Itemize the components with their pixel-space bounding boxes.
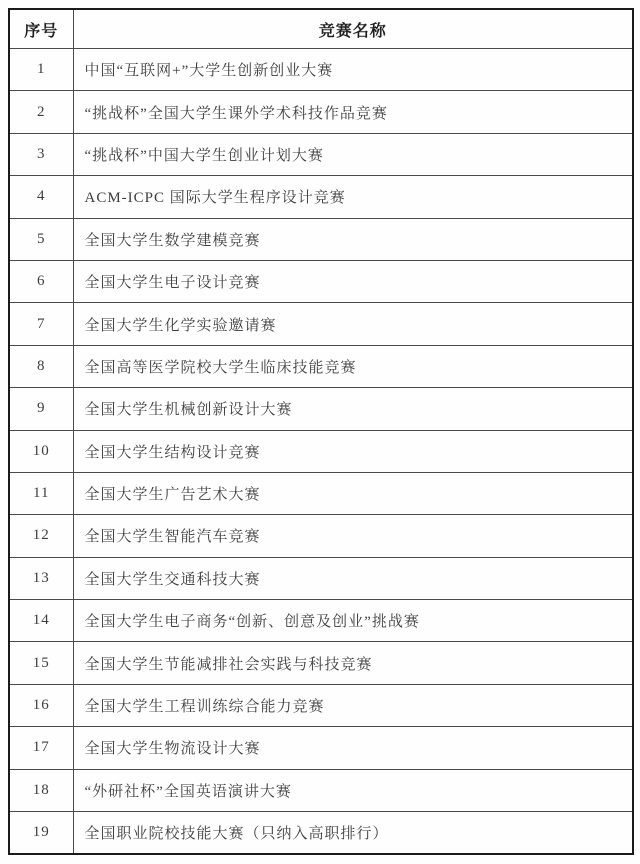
row-index: 9 xyxy=(9,388,73,430)
competition-name: “外研社杯”全国英语演讲大赛 xyxy=(73,769,633,811)
competition-name: 全国大学生广告艺术大赛 xyxy=(73,472,633,514)
table-row: 16 全国大学生工程训练综合能力竞赛 xyxy=(9,684,633,726)
row-index: 8 xyxy=(9,345,73,387)
table-row: 4 ACM-ICPC 国际大学生程序设计竞赛 xyxy=(9,176,633,218)
competition-name: 全国职业院校技能大赛（只纳入高职排行） xyxy=(73,812,633,855)
row-index: 6 xyxy=(9,260,73,302)
competition-name: “挑战杯”中国大学生创业计划大赛 xyxy=(73,133,633,175)
table-row: 19 全国职业院校技能大赛（只纳入高职排行） xyxy=(9,812,633,855)
row-index: 16 xyxy=(9,684,73,726)
competition-name: 全国大学生结构设计竞赛 xyxy=(73,430,633,472)
table-row: 13 全国大学生交通科技大赛 xyxy=(9,557,633,599)
row-index: 14 xyxy=(9,600,73,642)
competition-name: 全国大学生交通科技大赛 xyxy=(73,557,633,599)
row-index: 12 xyxy=(9,515,73,557)
competition-name: 全国高等医学院校大学生临床技能竞赛 xyxy=(73,345,633,387)
table-row: 5 全国大学生数学建模竞赛 xyxy=(9,218,633,260)
header-cell-name: 竞赛名称 xyxy=(73,9,633,49)
row-index: 5 xyxy=(9,218,73,260)
row-index: 11 xyxy=(9,472,73,514)
row-index: 10 xyxy=(9,430,73,472)
table-row: 8 全国高等医学院校大学生临床技能竞赛 xyxy=(9,345,633,387)
competition-name: ACM-ICPC 国际大学生程序设计竞赛 xyxy=(73,176,633,218)
competition-name: 全国大学生电子设计竞赛 xyxy=(73,260,633,302)
row-index: 19 xyxy=(9,812,73,855)
competition-name: 全国大学生机械创新设计大赛 xyxy=(73,388,633,430)
table-row: 10 全国大学生结构设计竞赛 xyxy=(9,430,633,472)
competition-name: “挑战杯”全国大学生课外学术科技作品竞赛 xyxy=(73,91,633,133)
header-cell-index: 序号 xyxy=(9,9,73,49)
document-page: 序号 竞赛名称 1 中国“互联网+”大学生创新创业大赛 2 “挑战杯”全国大学生… xyxy=(0,0,640,864)
table-row: 6 全国大学生电子设计竞赛 xyxy=(9,260,633,302)
competition-name: 全国大学生化学实验邀请赛 xyxy=(73,303,633,345)
row-index: 17 xyxy=(9,727,73,769)
table-row: 17 全国大学生物流设计大赛 xyxy=(9,727,633,769)
row-index: 3 xyxy=(9,133,73,175)
header-row: 序号 竞赛名称 xyxy=(9,9,633,49)
row-index: 18 xyxy=(9,769,73,811)
competition-name: 全国大学生物流设计大赛 xyxy=(73,727,633,769)
competition-name: 全国大学生工程训练综合能力竞赛 xyxy=(73,684,633,726)
row-index: 13 xyxy=(9,557,73,599)
row-index: 7 xyxy=(9,303,73,345)
table-row: 12 全国大学生智能汽车竞赛 xyxy=(9,515,633,557)
table-row: 1 中国“互联网+”大学生创新创业大赛 xyxy=(9,49,633,91)
table-row: 15 全国大学生节能减排社会实践与科技竞赛 xyxy=(9,642,633,684)
row-index: 4 xyxy=(9,176,73,218)
table-row: 14 全国大学生电子商务“创新、创意及创业”挑战赛 xyxy=(9,600,633,642)
competition-name: 全国大学生节能减排社会实践与科技竞赛 xyxy=(73,642,633,684)
competition-table: 序号 竞赛名称 1 中国“互联网+”大学生创新创业大赛 2 “挑战杯”全国大学生… xyxy=(8,8,634,855)
competition-name: 全国大学生电子商务“创新、创意及创业”挑战赛 xyxy=(73,600,633,642)
table-row: 11 全国大学生广告艺术大赛 xyxy=(9,472,633,514)
table-row: 2 “挑战杯”全国大学生课外学术科技作品竞赛 xyxy=(9,91,633,133)
row-index: 15 xyxy=(9,642,73,684)
competition-name: 全国大学生智能汽车竞赛 xyxy=(73,515,633,557)
table-row: 3 “挑战杯”中国大学生创业计划大赛 xyxy=(9,133,633,175)
competition-name: 中国“互联网+”大学生创新创业大赛 xyxy=(73,49,633,91)
table-row: 7 全国大学生化学实验邀请赛 xyxy=(9,303,633,345)
table-row: 18 “外研社杯”全国英语演讲大赛 xyxy=(9,769,633,811)
table-row: 9 全国大学生机械创新设计大赛 xyxy=(9,388,633,430)
row-index: 2 xyxy=(9,91,73,133)
row-index: 1 xyxy=(9,49,73,91)
competition-name: 全国大学生数学建模竞赛 xyxy=(73,218,633,260)
